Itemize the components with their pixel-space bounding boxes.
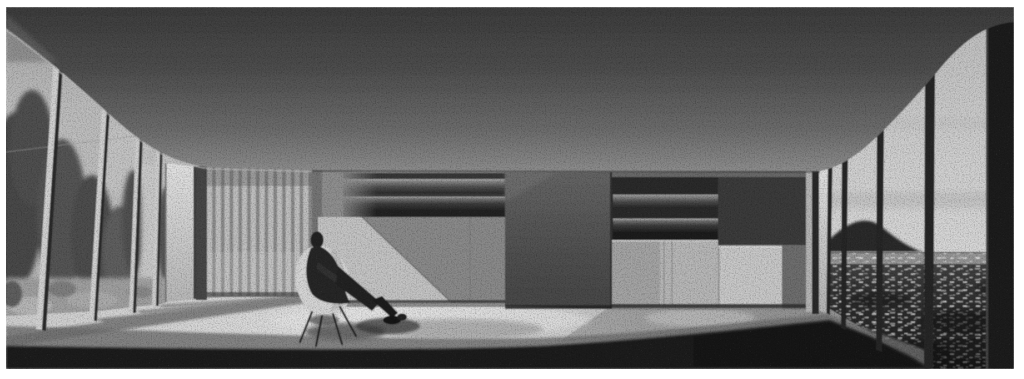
photograph: Black-and-white photograph of a modernis… bbox=[0, 0, 1024, 379]
photo-area bbox=[0, 7, 1024, 369]
photo-canvas bbox=[0, 0, 1024, 379]
grain-light-overlay bbox=[6, 7, 1014, 369]
